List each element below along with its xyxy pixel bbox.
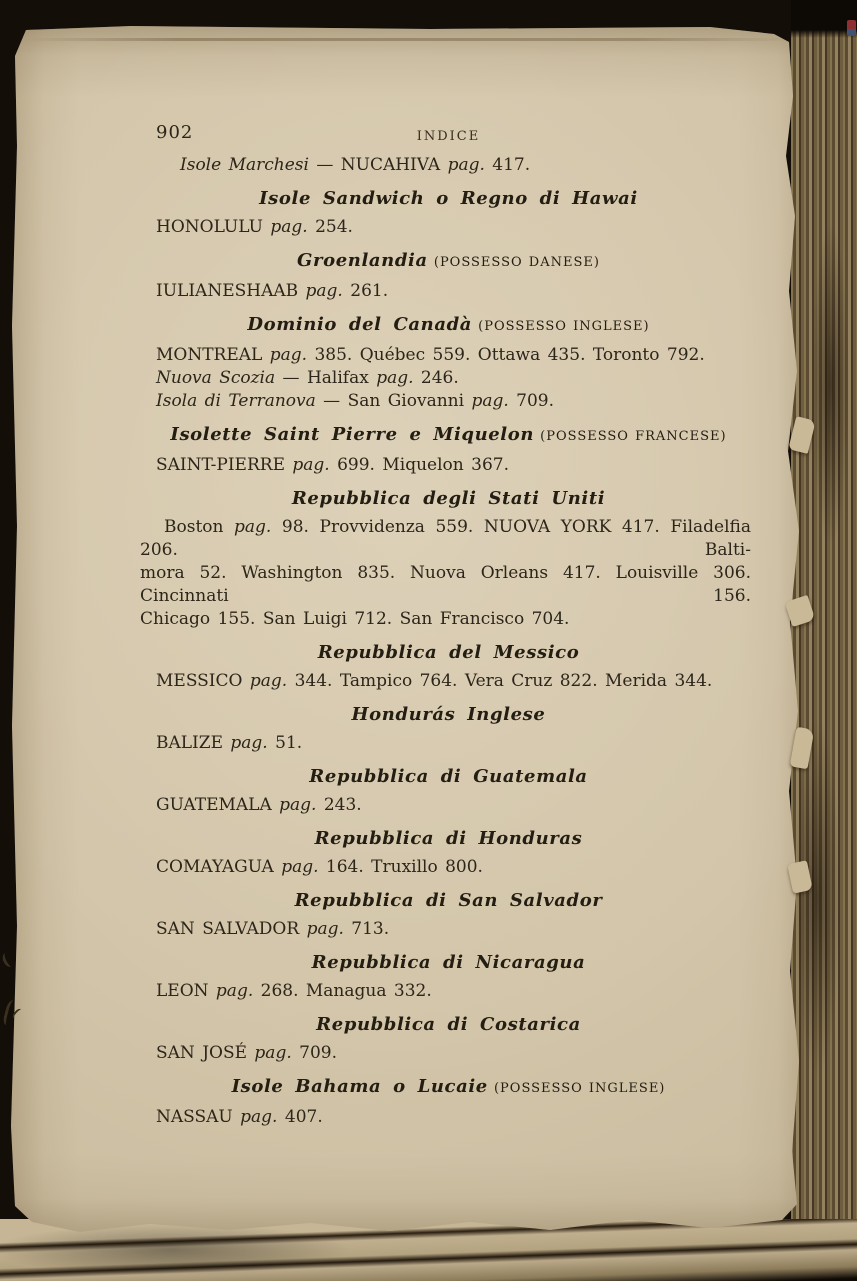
book-scan: 902 INDICE Isole Marchesi — NUCAHIVA pag… <box>0 0 857 1281</box>
italic-run: pag. <box>307 919 344 939</box>
text-run: MONTREAL <box>156 345 270 365</box>
index-section: Groenlandia (POSSESSO DANESE)IULIANESHAA… <box>156 249 741 303</box>
text-run: 243. <box>316 795 361 815</box>
book-edge-stack-right <box>791 0 857 1281</box>
index-entry-line: COMAYAGUA pag. 164. Truxillo 800. <box>156 856 741 879</box>
section-heading: Repubblica di Guatemala <box>156 765 741 788</box>
section-heading: Repubblica di San Salvador <box>156 889 741 912</box>
section-title: Repubblica degli Stati Uniti <box>292 488 605 509</box>
text-run: GUATEMALA <box>156 795 279 815</box>
index-entry-line: Boston pag. 98. Provvidenza 559. NUOVA Y… <box>140 516 751 562</box>
index-section: Hondurás IngleseBALIZE pag. 51. <box>156 703 741 755</box>
text-run: 407. <box>277 1107 322 1127</box>
index-section: Repubblica del MessicoMESSICO pag. 344. … <box>156 641 741 693</box>
section-title: Repubblica di Costarica <box>316 1014 581 1035</box>
text-run: Chicago 155. San Luigi 712. San Francisc… <box>140 609 569 629</box>
text-run: 261. <box>343 281 388 301</box>
section-heading: Repubblica di Costarica <box>156 1013 741 1036</box>
italic-run: pag. <box>279 795 316 815</box>
section-title: Repubblica di Guatemala <box>309 766 587 787</box>
section-title: Dominio del Canadà <box>247 314 472 335</box>
index-section: Isole Sandwich o Regno di HawaiHONOLULU … <box>156 187 741 239</box>
section-heading: Repubblica di Honduras <box>156 827 741 850</box>
italic-run: pag. <box>471 391 508 411</box>
italic-run: pag. <box>254 1043 291 1063</box>
index-entry-line: MESSICO pag. 344. Tampico 764. Vera Cruz… <box>156 670 741 693</box>
text-run: 164. Truxillo 800. <box>319 857 483 877</box>
italic-run: Isola di Terranova <box>156 391 316 411</box>
index-entry-line: SAN SALVADOR pag. 713. <box>156 918 741 941</box>
section-heading: Repubblica di Nicaragua <box>156 951 741 974</box>
italic-run: pag. <box>376 368 413 388</box>
text-run: — NUCAHIVA <box>309 155 448 175</box>
section-heading: Repubblica degli Stati Uniti <box>156 487 741 510</box>
text-run: SAINT-PIERRE <box>156 455 292 475</box>
book-edge-stack-bottom <box>0 1219 857 1281</box>
section-heading: Hondurás Inglese <box>156 703 741 726</box>
text-run: 268. Managua 332. <box>253 981 432 1001</box>
index-section: Repubblica di HondurasCOMAYAGUA pag. 164… <box>156 827 741 879</box>
section-heading: Repubblica del Messico <box>156 641 741 664</box>
text-run: 713. <box>344 919 389 939</box>
text-run: COMAYAGUA <box>156 857 281 877</box>
text-run: 709. <box>292 1043 337 1063</box>
possession-note: (POSSESSO DANESE) <box>428 255 600 270</box>
italic-run: pag. <box>234 517 271 537</box>
index-entry-line: HONOLULU pag. 254. <box>156 216 741 239</box>
section-title: Isolette Saint Pierre e Miquelon <box>170 424 534 445</box>
index-entry-line: BALIZE pag. 51. <box>156 732 741 755</box>
index-entry-line: LEON pag. 268. Managua 332. <box>156 980 741 1003</box>
italic-run: pag. <box>270 217 307 237</box>
text-run: MESSICO <box>156 671 250 691</box>
text-run: IULIANESHAAB <box>156 281 306 301</box>
text-run: 51. <box>268 733 302 753</box>
running-head: INDICE <box>156 129 741 144</box>
italic-run: Isole Marchesi <box>180 155 309 175</box>
section-title: Repubblica di San Salvador <box>295 890 603 911</box>
section-title: Hondurás Inglese <box>352 704 546 725</box>
section-heading: Isole Bahama o Lucaie (POSSESSO INGLESE) <box>156 1075 741 1100</box>
index-section: Dominio del Canadà (POSSESSO INGLESE)MON… <box>156 313 741 413</box>
section-title: Repubblica del Messico <box>318 642 580 663</box>
index-section: Isole Bahama o Lucaie (POSSESSO INGLESE)… <box>156 1075 741 1129</box>
text-run: mora 52. Washington 835. Nuova Orleans 4… <box>140 563 751 606</box>
text-run: SAN JOSÉ <box>156 1043 254 1063</box>
section-heading: Groenlandia (POSSESSO DANESE) <box>156 249 741 274</box>
text-run: HONOLULU <box>156 217 270 237</box>
possession-note: (POSSESSO FRANCESE) <box>534 429 727 444</box>
text-run: LEON <box>156 981 216 1001</box>
index-entry-line: SAN JOSÉ pag. 709. <box>156 1042 741 1065</box>
possession-note: (POSSESSO INGLESE) <box>472 319 650 334</box>
text-run: — Halifax <box>275 368 376 388</box>
index-section: Repubblica di San SalvadorSAN SALVADOR p… <box>156 889 741 941</box>
italic-run: pag. <box>230 733 267 753</box>
italic-run: pag. <box>240 1107 277 1127</box>
italic-run: pag. <box>250 671 287 691</box>
handwritten-margin-mark <box>0 950 17 968</box>
index-entry-line: MONTREAL pag. 385. Québec 559. Ottawa 43… <box>156 344 741 367</box>
text-run: SAN SALVADOR <box>156 919 307 939</box>
italic-run: pag. <box>448 155 485 175</box>
text-run: NASSAU <box>156 1107 240 1127</box>
index-entry-line: SAINT-PIERRE pag. 699. Miquelon 367. <box>156 454 741 477</box>
index-sections: Isole Marchesi — NUCAHIVA pag. 417.Isole… <box>156 154 741 1138</box>
text-run: 417. <box>485 155 530 175</box>
text-run: BALIZE <box>156 733 230 753</box>
text-run: 344. Tampico 764. Vera Cruz 822. Merida … <box>287 671 712 691</box>
text-run: 709. <box>509 391 554 411</box>
index-section: Repubblica degli Stati UnitiBoston pag. … <box>156 487 741 631</box>
binding-thread-speck <box>847 20 856 36</box>
index-entry-line: Nuova Scozia — Halifax pag. 246. <box>156 367 741 390</box>
possession-note: (POSSESSO INGLESE) <box>488 1081 666 1096</box>
text-run: — San Giovanni <box>316 391 472 411</box>
text-run: 699. Miquelon 367. <box>330 455 509 475</box>
section-heading: Isole Sandwich o Regno di Hawai <box>156 187 741 210</box>
index-entry-line: Chicago 155. San Luigi 712. San Francisc… <box>140 608 751 631</box>
index-entry-line: IULIANESHAAB pag. 261. <box>156 280 741 303</box>
text-run: 246. <box>414 368 459 388</box>
index-entry-line: NASSAU pag. 407. <box>156 1106 741 1129</box>
section-title: Groenlandia <box>297 250 428 271</box>
italic-run: pag. <box>292 455 329 475</box>
index-entry-line: mora 52. Washington 835. Nuova Orleans 4… <box>140 562 751 608</box>
index-section: Isole Marchesi — NUCAHIVA pag. 417. <box>156 154 741 177</box>
italic-run: pag. <box>216 981 253 1001</box>
section-heading: Dominio del Canadà (POSSESSO INGLESE) <box>156 313 741 338</box>
book-page: 902 INDICE Isole Marchesi — NUCAHIVA pag… <box>10 26 808 1234</box>
section-title: Repubblica di Honduras <box>315 828 583 849</box>
italic-run: pag. <box>270 345 307 365</box>
section-title: Isole Sandwich o Regno di Hawai <box>259 188 638 209</box>
index-section: Repubblica di CostaricaSAN JOSÉ pag. 709… <box>156 1013 741 1065</box>
index-section: Repubblica di NicaraguaLEON pag. 268. Ma… <box>156 951 741 1003</box>
index-section: Isolette Saint Pierre e Miquelon (POSSES… <box>156 423 741 477</box>
italic-run: pag. <box>281 857 318 877</box>
section-title: Repubblica di Nicaragua <box>312 952 586 973</box>
index-entry-line: Isole Marchesi — NUCAHIVA pag. 417. <box>156 154 741 177</box>
text-run: Boston <box>164 517 234 537</box>
index-entry-line: Isola di Terranova — San Giovanni pag. 7… <box>156 390 741 413</box>
section-heading: Isolette Saint Pierre e Miquelon (POSSES… <box>156 423 741 448</box>
italic-run: pag. <box>306 281 343 301</box>
italic-run: Nuova Scozia <box>156 368 275 388</box>
index-section: Repubblica di GuatemalaGUATEMALA pag. 24… <box>156 765 741 817</box>
index-entry-line: GUATEMALA pag. 243. <box>156 794 741 817</box>
text-run: 254. <box>308 217 353 237</box>
section-title: Isole Bahama o Lucaie <box>232 1076 488 1097</box>
text-run: 385. Québec 559. Ottawa 435. Toronto 792… <box>307 345 705 365</box>
